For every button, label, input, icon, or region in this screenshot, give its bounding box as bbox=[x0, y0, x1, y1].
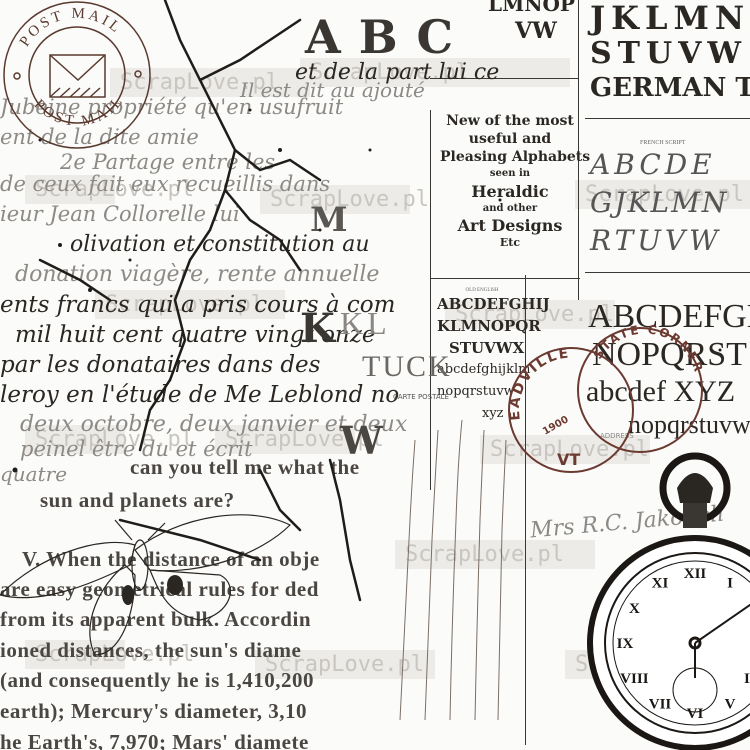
watch-numeral: I bbox=[727, 575, 733, 591]
watch-numeral: IX bbox=[617, 636, 634, 652]
svg-text:STATE CORNER: STATE CORNER bbox=[591, 322, 706, 375]
watch-numeral: V bbox=[725, 697, 736, 713]
post-mail-stamp: POST MAIL POST MAIL bbox=[0, 0, 155, 155]
pocket-watch: XIIIIIIIIIIIIVVIVIIVIIIIXXXI bbox=[585, 448, 750, 750]
watch-numeral: VII bbox=[649, 697, 672, 713]
stamp-bottom-text: POST MAIL bbox=[31, 92, 128, 129]
postmark-date: 1900 bbox=[541, 414, 571, 437]
postmark2-text: STATE CORNER bbox=[591, 322, 706, 375]
watch-numeral: VI bbox=[687, 706, 704, 722]
watch-numeral: VIII bbox=[620, 671, 649, 687]
svg-text:EADVILLE: EADVILLE bbox=[507, 345, 571, 421]
watch-numeral: X bbox=[629, 601, 640, 617]
watch-numeral: IIII bbox=[744, 671, 750, 687]
svg-text:POST MAIL: POST MAIL bbox=[31, 92, 128, 129]
postmark-stamp-2: STATE CORNER bbox=[570, 320, 710, 460]
watch-numeral: XII bbox=[684, 566, 707, 582]
moth-illustration bbox=[0, 505, 300, 665]
postmark-town: EADVILLE bbox=[507, 345, 571, 421]
watch-numeral: XI bbox=[652, 575, 669, 591]
